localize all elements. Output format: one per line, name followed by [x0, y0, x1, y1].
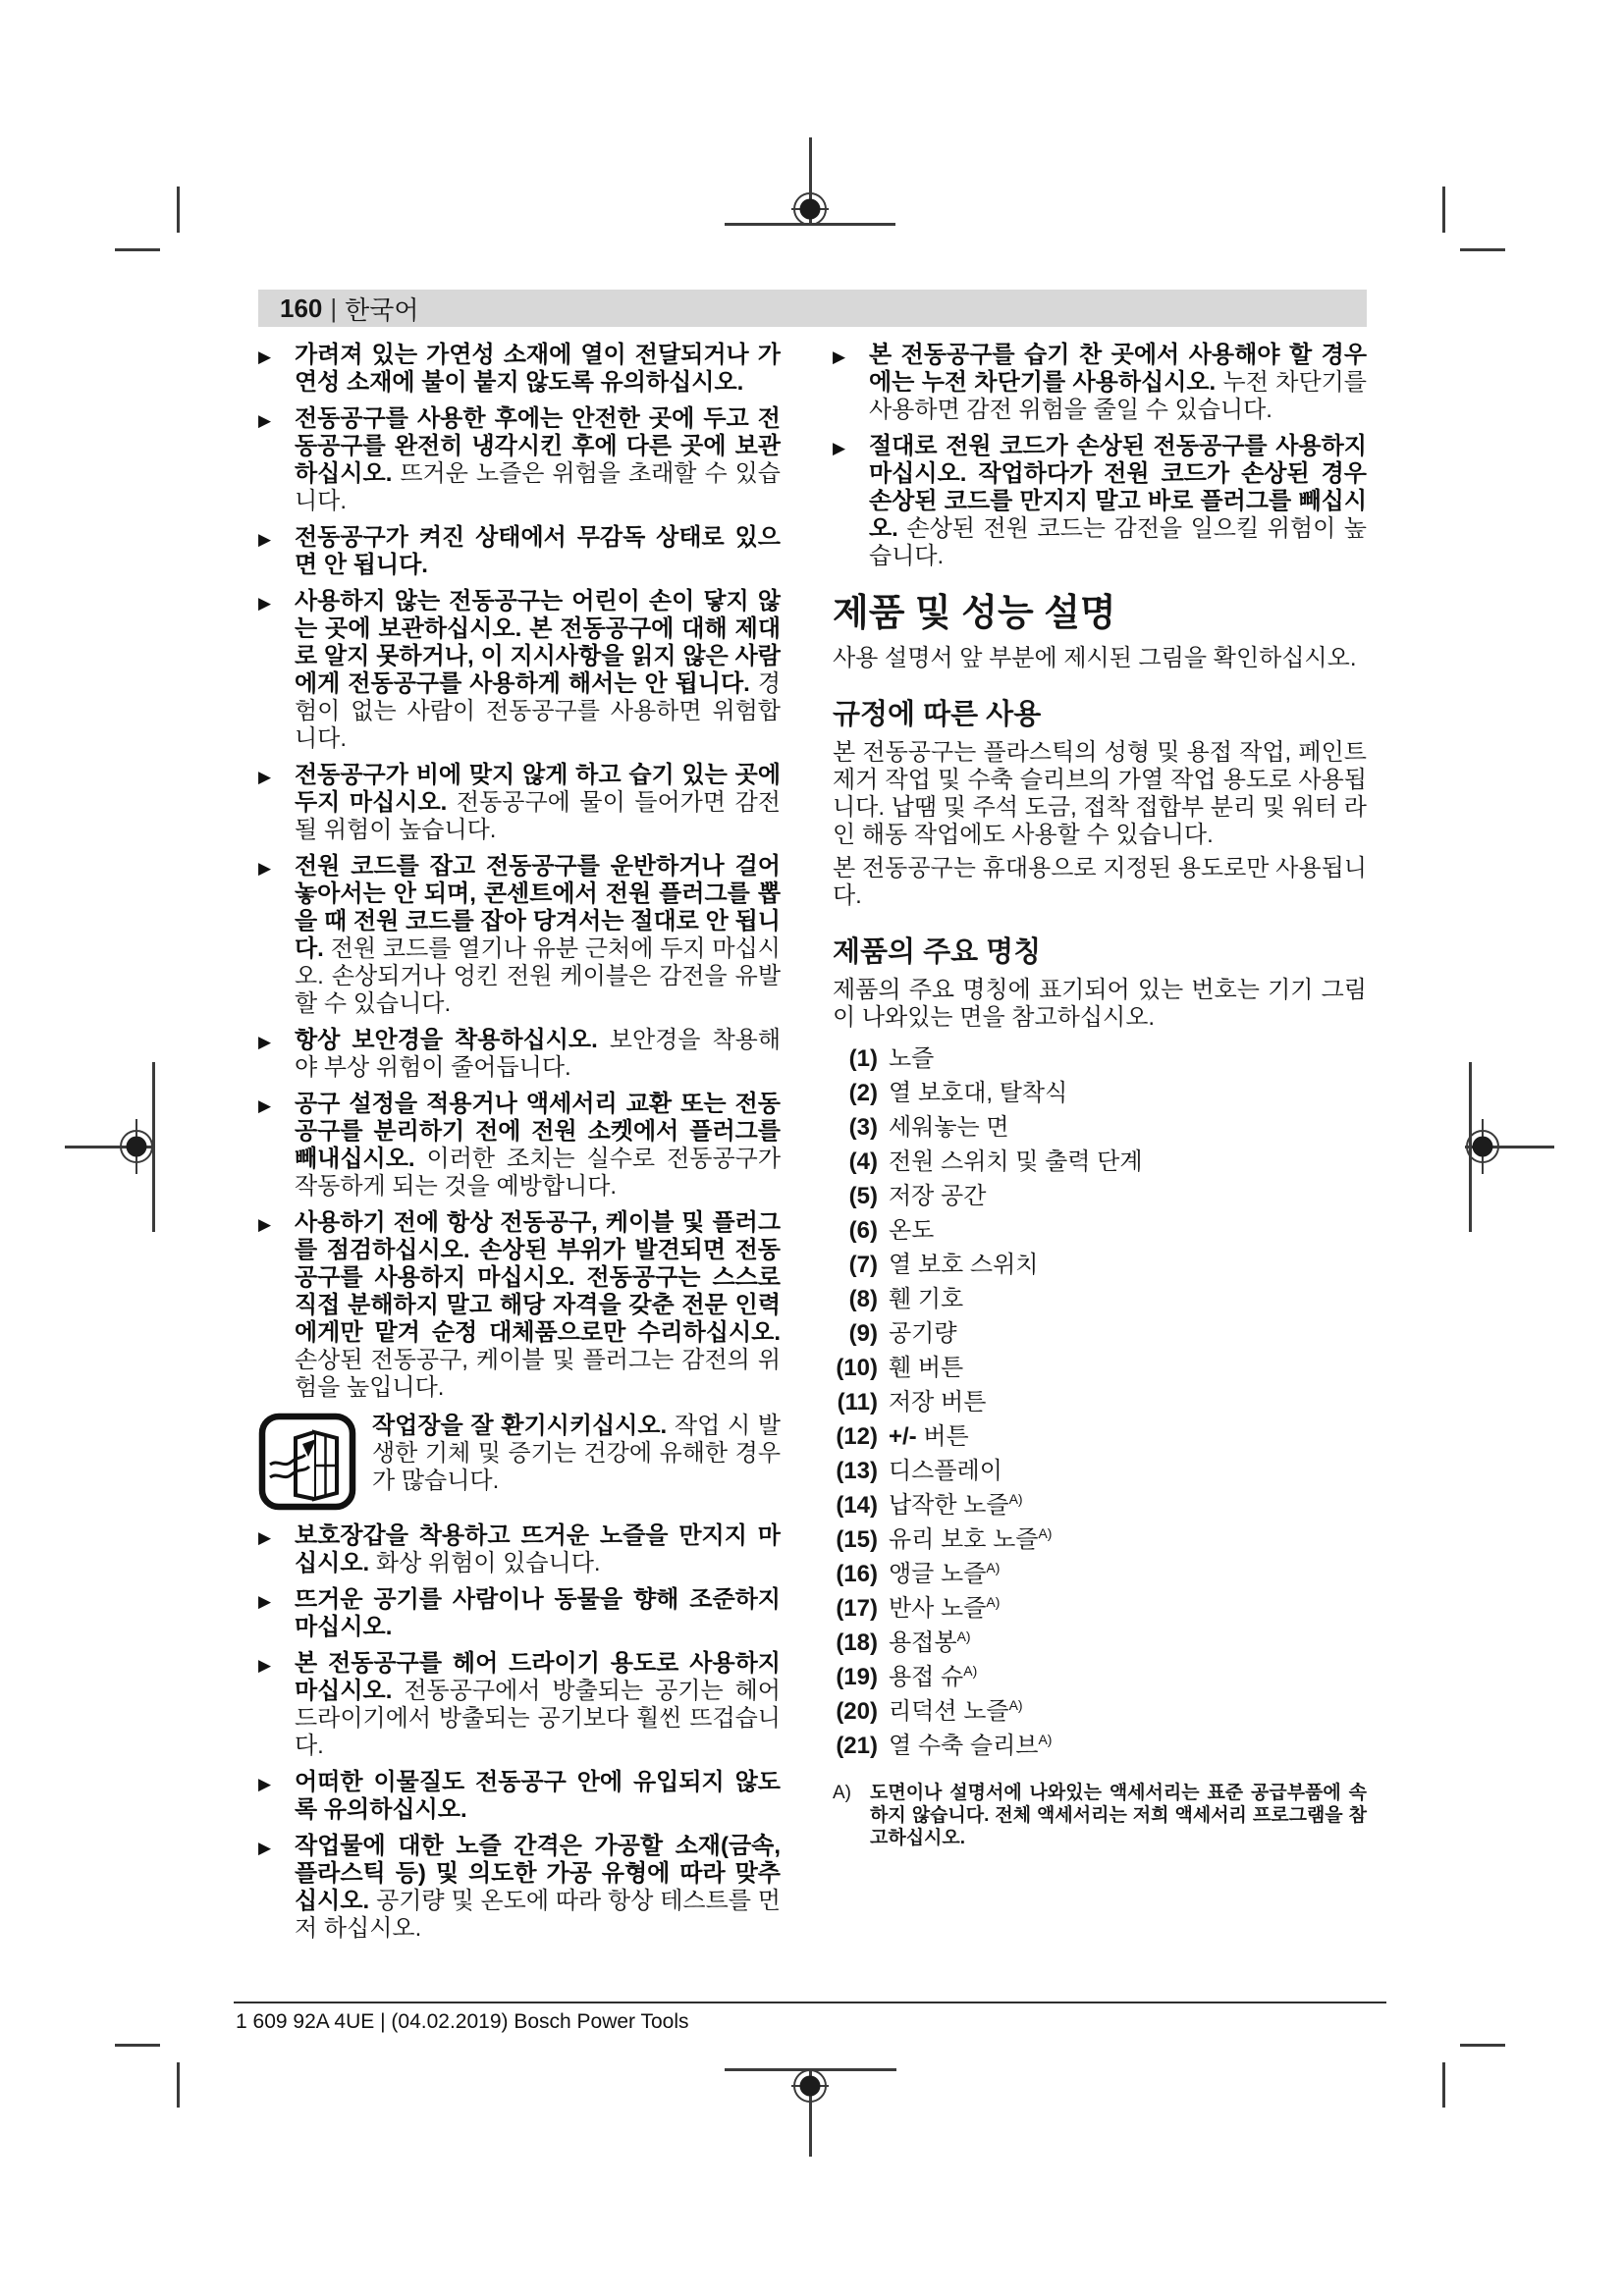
part-label: 반사 노즐A) — [889, 1595, 1000, 1623]
footnote-reference: A) — [1009, 1491, 1023, 1507]
bullet-triangle-icon: ▶ — [258, 855, 271, 882]
part-label: 용접 슈A) — [889, 1664, 977, 1691]
bullet-triangle-icon: ▶ — [258, 1588, 271, 1616]
bullet-text: 본 전동공구를 습기 찬 곳에서 사용해야 할 경우에는 누전 차단기를 사용하… — [869, 342, 1367, 423]
safety-warning-list-continued: ▶보호장갑을 착용하고 뜨거운 노즐을 만지지 마십시오. 화상 위험이 있습니… — [258, 1522, 781, 1943]
bullet-triangle-icon: ▶ — [258, 344, 271, 371]
warning-bullet-item: ▶전원 코드를 잡고 전동공구를 운반하거나 걸어 놓아서는 안 되며, 콘센트… — [258, 853, 781, 1018]
warning-bullet-item: ▶공구 설정을 적용거나 액세서리 교환 또는 전동공구를 분리하기 전에 전원… — [258, 1091, 781, 1201]
warning-bullet-item: ▶전동공구가 켜진 상태에서 무감독 상태로 있으면 안 됩니다. — [258, 524, 781, 579]
bullet-triangle-icon: ▶ — [258, 1835, 271, 1862]
part-label: 앵글 노즐A) — [889, 1561, 1000, 1588]
part-label: 유리 보호 노즐A) — [889, 1526, 1052, 1554]
open-window-ventilation-icon — [258, 1411, 356, 1513]
page-number: 160 — [280, 294, 322, 324]
part-number: (14) — [833, 1492, 878, 1520]
right-column: ▶본 전동공구를 습기 찬 곳에서 사용해야 할 경우에는 누전 차단기를 사용… — [833, 342, 1367, 1849]
footnote-reference: A) — [963, 1663, 977, 1679]
bullet-triangle-icon: ▶ — [258, 526, 271, 554]
footnote-reference: A) — [1009, 1697, 1023, 1713]
warning-bullet-item: ▶본 전동공구를 헤어 드라이기 용도로 사용하지 마십시오. 전동공구에서 방… — [258, 1650, 781, 1760]
part-label: 용접봉A) — [889, 1629, 971, 1657]
bullet-text: 본 전동공구를 헤어 드라이기 용도로 사용하지 마십시오. 전동공구에서 방출… — [295, 1650, 781, 1759]
part-label: 휀 버튼 — [889, 1355, 963, 1382]
product-features-heading: 제품의 주요 명칭 — [833, 935, 1367, 969]
part-list-item: (20)리덕션 노즐A) — [833, 1698, 1367, 1726]
numbered-parts-list: (1)노즐(2)열 보호대, 탈착식(3)세워놓는 면(4)전원 스위치 및 출… — [833, 1045, 1367, 1760]
part-number: (16) — [833, 1561, 878, 1588]
footnote-text: 도면이나 설명서에 나와있는 액세서리는 표준 공급부품에 속하지 않습니다. … — [870, 1783, 1367, 1848]
warning-bullet-item: ▶가려져 있는 가연성 소재에 열이 전달되거나 가연성 소재에 불이 붙지 않… — [258, 342, 781, 397]
part-number: (8) — [833, 1286, 878, 1313]
warning-bullet-item: ▶절대로 전원 코드가 손상된 전동공구를 사용하지 마십시오. 작업하다가 전… — [833, 433, 1367, 570]
manual-page: 160 | 한국어 ▶가려져 있는 가연성 소재에 열이 전달되거나 가연성 소… — [0, 0, 1624, 2296]
part-number: (10) — [833, 1355, 878, 1382]
part-number: (18) — [833, 1629, 878, 1657]
footer-divider — [234, 2002, 1386, 2003]
page-header: 160 | 한국어 — [258, 290, 1367, 327]
part-list-item: (3)세워놓는 면 — [833, 1114, 1367, 1142]
footnote-reference: A) — [986, 1560, 1000, 1575]
bullet-text: 전동공구가 켜진 상태에서 무감독 상태로 있으면 안 됩니다. — [295, 524, 781, 578]
part-list-item: (7)열 보호 스위치 — [833, 1252, 1367, 1279]
bullet-text: 공구 설정을 적용거나 액세서리 교환 또는 전동공구를 분리하기 전에 전원 … — [295, 1091, 781, 1200]
crop-mark-bottom-right-h — [1460, 2044, 1505, 2047]
part-number: (21) — [833, 1733, 878, 1760]
warning-bullet-item: ▶본 전동공구를 습기 찬 곳에서 사용해야 할 경우에는 누전 차단기를 사용… — [833, 342, 1367, 424]
warning-bullet-item: ▶전동공구가 비에 맞지 않게 하고 습기 있는 곳에 두지 마십시오. 전동공… — [258, 762, 781, 844]
bullet-text: 어떠한 이물질도 전동공구 안에 유입되지 않도록 유의하십시오. — [295, 1769, 781, 1823]
crop-mark-top-right-h — [1460, 248, 1505, 251]
part-list-item: (5)저장 공간 — [833, 1183, 1367, 1210]
part-number: (2) — [833, 1080, 878, 1107]
page-language: 한국어 — [345, 291, 418, 327]
left-column: ▶가려져 있는 가연성 소재에 열이 전달되거나 가연성 소재에 불이 붙지 않… — [258, 342, 781, 1951]
part-list-item: (17)반사 노즐A) — [833, 1595, 1367, 1623]
intended-use-paragraph: 본 전동공구는 휴대용으로 지정된 용도로만 사용됩니다. — [833, 855, 1367, 910]
warning-bullet-item: ▶뜨거운 공기를 사람이나 동물을 향해 조준하지 마십시오. — [258, 1586, 781, 1641]
product-intro-text: 사용 설명서 앞 부분에 제시된 그림을 확인하십시오. — [833, 645, 1367, 672]
part-number: (13) — [833, 1458, 878, 1485]
bullet-triangle-icon: ▶ — [258, 1771, 271, 1798]
crop-mark-top-right-v — [1442, 187, 1445, 233]
part-list-item: (6)온도 — [833, 1217, 1367, 1245]
ventilation-note-text: 작업장을 잘 환기시키십시오. 작업 시 발생한 기체 및 증기는 건강에 유해… — [372, 1411, 781, 1513]
crop-mark-bottom-right-v — [1442, 2062, 1445, 2108]
part-number: (19) — [833, 1664, 878, 1691]
part-label: 온도 — [889, 1217, 934, 1245]
part-label: 열 보호 스위치 — [889, 1252, 1038, 1279]
registration-target-right-icon — [1461, 1125, 1504, 1168]
bullet-text: 전동공구가 비에 맞지 않게 하고 습기 있는 곳에 두지 마십시오. 전동공구… — [295, 762, 781, 843]
warning-bullet-item: ▶항상 보안경을 착용하십시오. 보안경을 착용해야 부상 위험이 줄어듭니다. — [258, 1027, 781, 1082]
part-label: 저장 공간 — [889, 1183, 986, 1210]
part-label: 휀 기호 — [889, 1286, 963, 1313]
part-number: (4) — [833, 1148, 878, 1176]
bullet-text: 전원 코드를 잡고 전동공구를 운반하거나 걸어 놓아서는 안 되며, 콘센트에… — [295, 853, 781, 1017]
part-label: 세워놓는 면 — [889, 1114, 1009, 1142]
warning-bullet-item: ▶보호장갑을 착용하고 뜨거운 노즐을 만지지 마십시오. 화상 위험이 있습니… — [258, 1522, 781, 1577]
crop-mark-bottom-left-h — [115, 2044, 160, 2047]
registration-target-top-icon — [788, 187, 832, 231]
bullet-triangle-icon: ▶ — [258, 764, 271, 791]
part-list-item: (2)열 보호대, 탈착식 — [833, 1080, 1367, 1107]
part-number: (11) — [833, 1389, 878, 1416]
safety-warning-list: ▶가려져 있는 가연성 소재에 열이 전달되거나 가연성 소재에 불이 붙지 않… — [258, 342, 781, 1402]
ventilation-note: 작업장을 잘 환기시키십시오. 작업 시 발생한 기체 및 증기는 건강에 유해… — [258, 1411, 781, 1513]
crop-mark-top-left-v — [177, 187, 180, 233]
bullet-text: 사용하지 않는 전동공구는 어린이 손이 닿지 않는 곳에 보관하십시오. 본 … — [295, 588, 781, 752]
product-description-title: 제품 및 성능 설명 — [833, 592, 1367, 635]
part-list-item: (19)용접 슈A) — [833, 1664, 1367, 1691]
bullet-triangle-icon: ▶ — [258, 1211, 271, 1239]
part-number: (15) — [833, 1526, 878, 1554]
bullet-triangle-icon: ▶ — [833, 344, 845, 371]
part-list-item: (10)휀 버튼 — [833, 1355, 1367, 1382]
bullet-triangle-icon: ▶ — [258, 590, 271, 617]
part-list-item: (21)열 수축 슬리브A) — [833, 1733, 1367, 1760]
document-code-footer: 1 609 92A 4UE | (04.02.2019) Bosch Power… — [236, 2010, 689, 2034]
part-label: 열 수축 슬리브A) — [889, 1733, 1052, 1760]
part-label: 공기량 — [889, 1320, 957, 1348]
warning-bullet-item: ▶전동공구를 사용한 후에는 안전한 곳에 두고 전동공구를 완전히 냉각시킨 … — [258, 405, 781, 515]
part-label: 리덕션 노즐A) — [889, 1698, 1023, 1726]
bullet-text: 가려져 있는 가연성 소재에 열이 전달되거나 가연성 소재에 불이 붙지 않도… — [295, 342, 781, 396]
bullet-triangle-icon: ▶ — [258, 1652, 271, 1680]
footnote-reference: A) — [1038, 1732, 1052, 1747]
bullet-text: 항상 보안경을 착용하십시오. 보안경을 착용해야 부상 위험이 줄어듭니다. — [295, 1027, 781, 1081]
part-number: (3) — [833, 1114, 878, 1142]
part-list-item: (1)노즐 — [833, 1045, 1367, 1073]
part-list-item: (14)납작한 노즐A) — [833, 1492, 1367, 1520]
part-number: (5) — [833, 1183, 878, 1210]
intended-use-paragraph: 본 전동공구는 플라스틱의 성형 및 용접 작업, 페인트 제거 작업 및 수축… — [833, 739, 1367, 849]
part-list-item: (11)저장 버튼 — [833, 1389, 1367, 1416]
footnote-reference: A) — [957, 1629, 971, 1644]
part-label: 디스플레이 — [889, 1458, 1002, 1485]
registration-target-left-icon — [115, 1125, 158, 1168]
part-list-item: (9)공기량 — [833, 1320, 1367, 1348]
bullet-text: 뜨거운 공기를 사람이나 동물을 향해 조준하지 마십시오. — [295, 1586, 781, 1640]
bullet-text: 보호장갑을 착용하고 뜨거운 노즐을 만지지 마십시오. 화상 위험이 있습니다… — [295, 1522, 781, 1576]
part-label: 노즐 — [889, 1045, 934, 1073]
part-number: (20) — [833, 1698, 878, 1726]
intended-use-paragraphs: 본 전동공구는 플라스틱의 성형 및 용접 작업, 페인트 제거 작업 및 수축… — [833, 739, 1367, 910]
footnote-reference: A) — [986, 1594, 1000, 1610]
part-number: (6) — [833, 1217, 878, 1245]
part-label: 납작한 노즐A) — [889, 1492, 1023, 1520]
bullet-text: 사용하기 전에 항상 전동공구, 케이블 및 플러그를 점검하십시오. 손상된 … — [295, 1209, 781, 1401]
part-list-item: (15)유리 보호 노즐A) — [833, 1526, 1367, 1554]
part-number: (9) — [833, 1320, 878, 1348]
bullet-triangle-icon: ▶ — [833, 435, 845, 462]
part-list-item: (18)용접봉A) — [833, 1629, 1367, 1657]
bullet-triangle-icon: ▶ — [258, 1524, 271, 1552]
crop-mark-top-left-h — [115, 248, 160, 251]
bullet-triangle-icon: ▶ — [258, 1093, 271, 1120]
registration-target-bottom-icon — [788, 2064, 832, 2108]
bullet-triangle-icon: ▶ — [258, 1029, 271, 1056]
part-label: 저장 버튼 — [889, 1389, 986, 1416]
part-number: (7) — [833, 1252, 878, 1279]
footnote-reference: A) — [1038, 1525, 1052, 1541]
bullet-text: 작업물에 대한 노즐 간격은 가공할 소재(금속, 플라스틱 등) 및 의도한 … — [295, 1833, 781, 1942]
product-features-intro: 제품의 주요 명칭에 표기되어 있는 번호는 기기 그림이 나와있는 면을 참고… — [833, 977, 1367, 1032]
part-list-item: (16)앵글 노즐A) — [833, 1561, 1367, 1588]
safety-warning-list-right: ▶본 전동공구를 습기 찬 곳에서 사용해야 할 경우에는 누전 차단기를 사용… — [833, 342, 1367, 570]
part-number: (12) — [833, 1423, 878, 1451]
part-list-item: (12)+/- 버튼 — [833, 1423, 1367, 1451]
part-number: (17) — [833, 1595, 878, 1623]
warning-bullet-item: ▶작업물에 대한 노즐 간격은 가공할 소재(금속, 플라스틱 등) 및 의도한… — [258, 1833, 781, 1943]
part-label: 전원 스위치 및 출력 단계 — [889, 1148, 1143, 1176]
crop-mark-bottom-left-v — [177, 2062, 180, 2108]
warning-bullet-item: ▶사용하지 않는 전동공구는 어린이 손이 닿지 않는 곳에 보관하십시오. 본… — [258, 588, 781, 753]
bullet-text: 절대로 전원 코드가 손상된 전동공구를 사용하지 마십시오. 작업하다가 전원… — [869, 433, 1367, 569]
warning-bullet-item: ▶사용하기 전에 항상 전동공구, 케이블 및 플러그를 점검하십시오. 손상된… — [258, 1209, 781, 1402]
accessories-footnote: A) 도면이나 설명서에 나와있는 액세서리는 표준 공급부품에 속하지 않습니… — [833, 1782, 1367, 1849]
bullet-triangle-icon: ▶ — [258, 407, 271, 435]
part-list-item: (4)전원 스위치 및 출력 단계 — [833, 1148, 1367, 1176]
part-number: (1) — [833, 1045, 878, 1073]
part-list-item: (8)휀 기호 — [833, 1286, 1367, 1313]
part-label: +/- 버튼 — [889, 1423, 969, 1451]
footnote-marker: A) — [833, 1782, 851, 1804]
warning-bullet-item: ▶어떠한 이물질도 전동공구 안에 유입되지 않도록 유의하십시오. — [258, 1769, 781, 1824]
header-separator: | — [330, 294, 337, 324]
bullet-text: 전동공구를 사용한 후에는 안전한 곳에 두고 전동공구를 완전히 냉각시킨 후… — [295, 405, 781, 514]
part-label: 열 보호대, 탈착식 — [889, 1080, 1067, 1107]
intended-use-heading: 규정에 따른 사용 — [833, 698, 1367, 731]
part-list-item: (13)디스플레이 — [833, 1458, 1367, 1485]
